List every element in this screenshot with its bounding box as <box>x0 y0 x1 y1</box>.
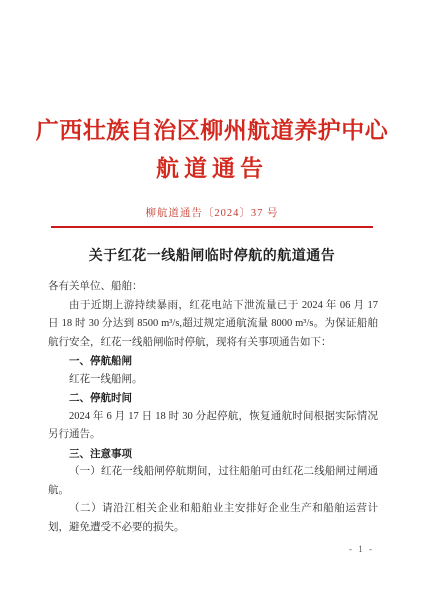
section-3-heading: 三、注意事项 <box>48 445 378 464</box>
subject-title: 关于红花一线船闸临时停航的航道通告 <box>0 245 424 265</box>
intro-paragraph: 由于近期上游持续暴雨，红花电站下泄流量已于 2024 年 06 月 17 日 1… <box>48 297 378 353</box>
salutation: 各有关单位、船舶： <box>48 278 378 297</box>
doc-number: 柳航道通告〔2024〕37 号 <box>0 205 424 220</box>
notice-page: 广西壮族自治区柳州航道养护中心 航道通告 柳航道通告〔2024〕37 号 关于红… <box>0 0 424 600</box>
red-divider-line <box>51 226 373 228</box>
section-1-heading: 一、停航船闸 <box>48 352 378 371</box>
section-1-text: 红花一线船闸。 <box>48 371 378 390</box>
notice-title-line2: 航道通告 <box>0 150 424 188</box>
notice-title: 广西壮族自治区柳州航道养护中心 航道通告 <box>0 0 424 188</box>
section-3-note-1: （一）红花一线船闸停航期间，过往船舶可由红花二线船闸过闸通航。 <box>48 463 378 500</box>
section-2-heading: 二、停航时间 <box>48 389 378 408</box>
section-2-text: 2024 年 6 月 17 日 18 时 30 分起停航，恢复通航时间根据实际情… <box>48 408 378 445</box>
section-3-note-2: （二）请沿江相关企业和船舶业主安排好企业生产和船舶运营计划，避免遭受不必要的损失… <box>48 500 378 537</box>
notice-title-line1: 广西壮族自治区柳州航道养护中心 <box>0 112 424 150</box>
notice-body: 各有关单位、船舶： 由于近期上游持续暴雨，红花电站下泄流量已于 2024 年 0… <box>0 278 424 537</box>
page-number: - 1 - <box>349 544 374 554</box>
